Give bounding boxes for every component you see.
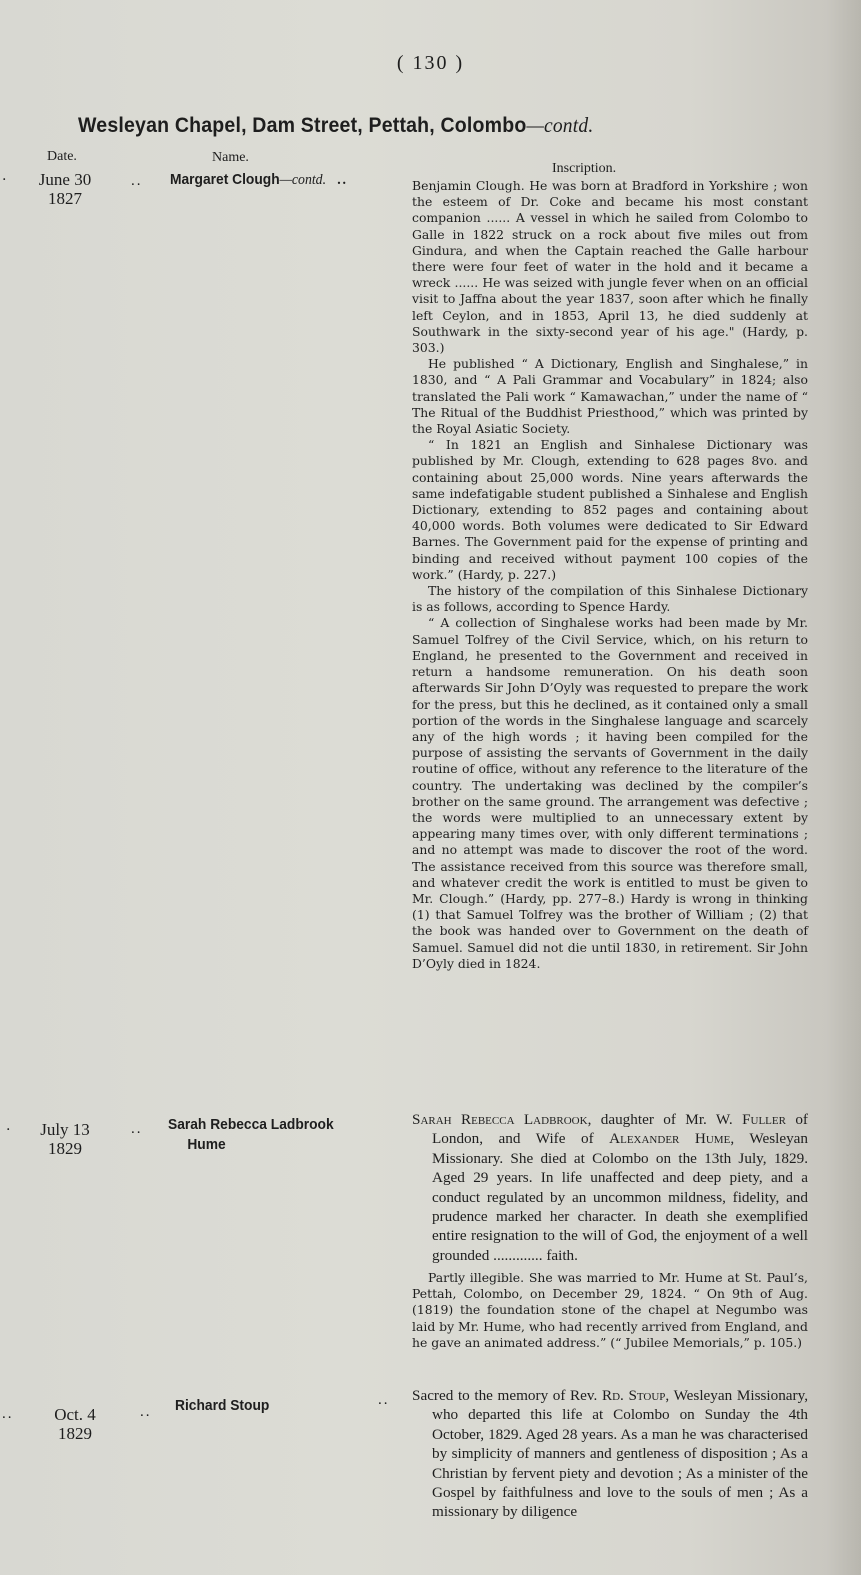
entry-name: Richard Stoup — [175, 1396, 269, 1416]
inscription-text: Sarah Rebecca Ladbrook, daughter of Mr. … — [412, 1110, 808, 1265]
text-run: Sacred to the memory of Rev. — [412, 1387, 602, 1404]
margin-dots: .. — [2, 1406, 14, 1423]
date-year: 1829 — [35, 1424, 115, 1443]
inscription-paragraph: Sarah Rebecca Ladbrook, daughter of Mr. … — [412, 1110, 808, 1265]
margin-dot: . — [6, 1118, 10, 1134]
leader-dots: .. — [140, 1404, 152, 1421]
column-header-inscription: Inscription. — [552, 161, 616, 177]
smallcaps-name: Rd. Stoup — [602, 1387, 665, 1404]
inscription-paragraph: Benjamin Clough. He was born at Bradford… — [412, 178, 808, 356]
date-day: July 13 — [25, 1120, 105, 1139]
name-text: Margaret Clough — [170, 171, 280, 188]
entry-date: Oct. 4 1829 — [35, 1405, 115, 1443]
entry-date: June 30 1827 — [25, 170, 105, 208]
inscription-note: Partly illegible. She was married to Mr.… — [412, 1270, 808, 1351]
inscription-paragraph: Sacred to the memory of Rev. Rd. Stoup, … — [412, 1386, 808, 1522]
heading-contd: —contd. — [526, 113, 593, 137]
leader-dots: .. — [131, 1121, 143, 1138]
margin-dot: . — [2, 168, 6, 184]
column-header-name: Name. — [212, 150, 249, 166]
date-year: 1827 — [25, 189, 105, 208]
inscription-paragraph: He published “ A Dictionary, English and… — [412, 356, 808, 437]
leader-dots: .. — [337, 172, 348, 188]
inscription-paragraph: Partly illegible. She was married to Mr.… — [412, 1270, 808, 1351]
inscription-text: Sacred to the memory of Rev. Rd. Stoup, … — [412, 1386, 808, 1522]
smallcaps-name: Sarah Rebecca Ladbrook — [412, 1111, 588, 1128]
page-heading: Wesleyan Chapel, Dam Street, Pettah, Col… — [78, 113, 593, 138]
text-run: , Wesleyan Missionary, who departed this… — [432, 1387, 808, 1520]
inscription-paragraph: “ In 1821 an English and Sinhalese Dicti… — [412, 437, 808, 583]
page-number: ( 130 ) — [0, 52, 861, 75]
name-line-2: Hume — [168, 1135, 334, 1155]
smallcaps-name: Alexander Hume — [609, 1130, 730, 1147]
date-year: 1829 — [25, 1139, 105, 1158]
name-line-1: Sarah Rebecca Ladbrook — [168, 1115, 334, 1135]
entry-date: July 13 1829 — [25, 1120, 105, 1158]
heading-title: Wesleyan Chapel, Dam Street, Pettah, Col… — [78, 114, 526, 137]
date-day: June 30 — [25, 170, 105, 189]
inscription-paragraph: “ A collection of Singhalese works had b… — [412, 615, 808, 971]
entry-name: Sarah Rebecca Ladbrook Hume — [168, 1115, 334, 1155]
text-run: , daughter of Mr. W. — [588, 1111, 742, 1128]
entry-name: Margaret Clough—contd. .. — [170, 170, 348, 190]
leader-dots: .. — [131, 173, 143, 190]
column-header-date: Date. — [47, 149, 77, 165]
smallcaps-name: Fuller — [742, 1111, 786, 1128]
leader-dots: .. — [378, 1392, 390, 1409]
text-run: , Wesleyan Missionary. She died at Colom… — [432, 1130, 808, 1263]
inscription-text: Benjamin Clough. He was born at Bradford… — [412, 178, 808, 972]
name-contd: —contd. — [280, 172, 326, 188]
inscription-paragraph: The history of the compilation of this S… — [412, 583, 808, 615]
date-day: Oct. 4 — [35, 1405, 115, 1424]
